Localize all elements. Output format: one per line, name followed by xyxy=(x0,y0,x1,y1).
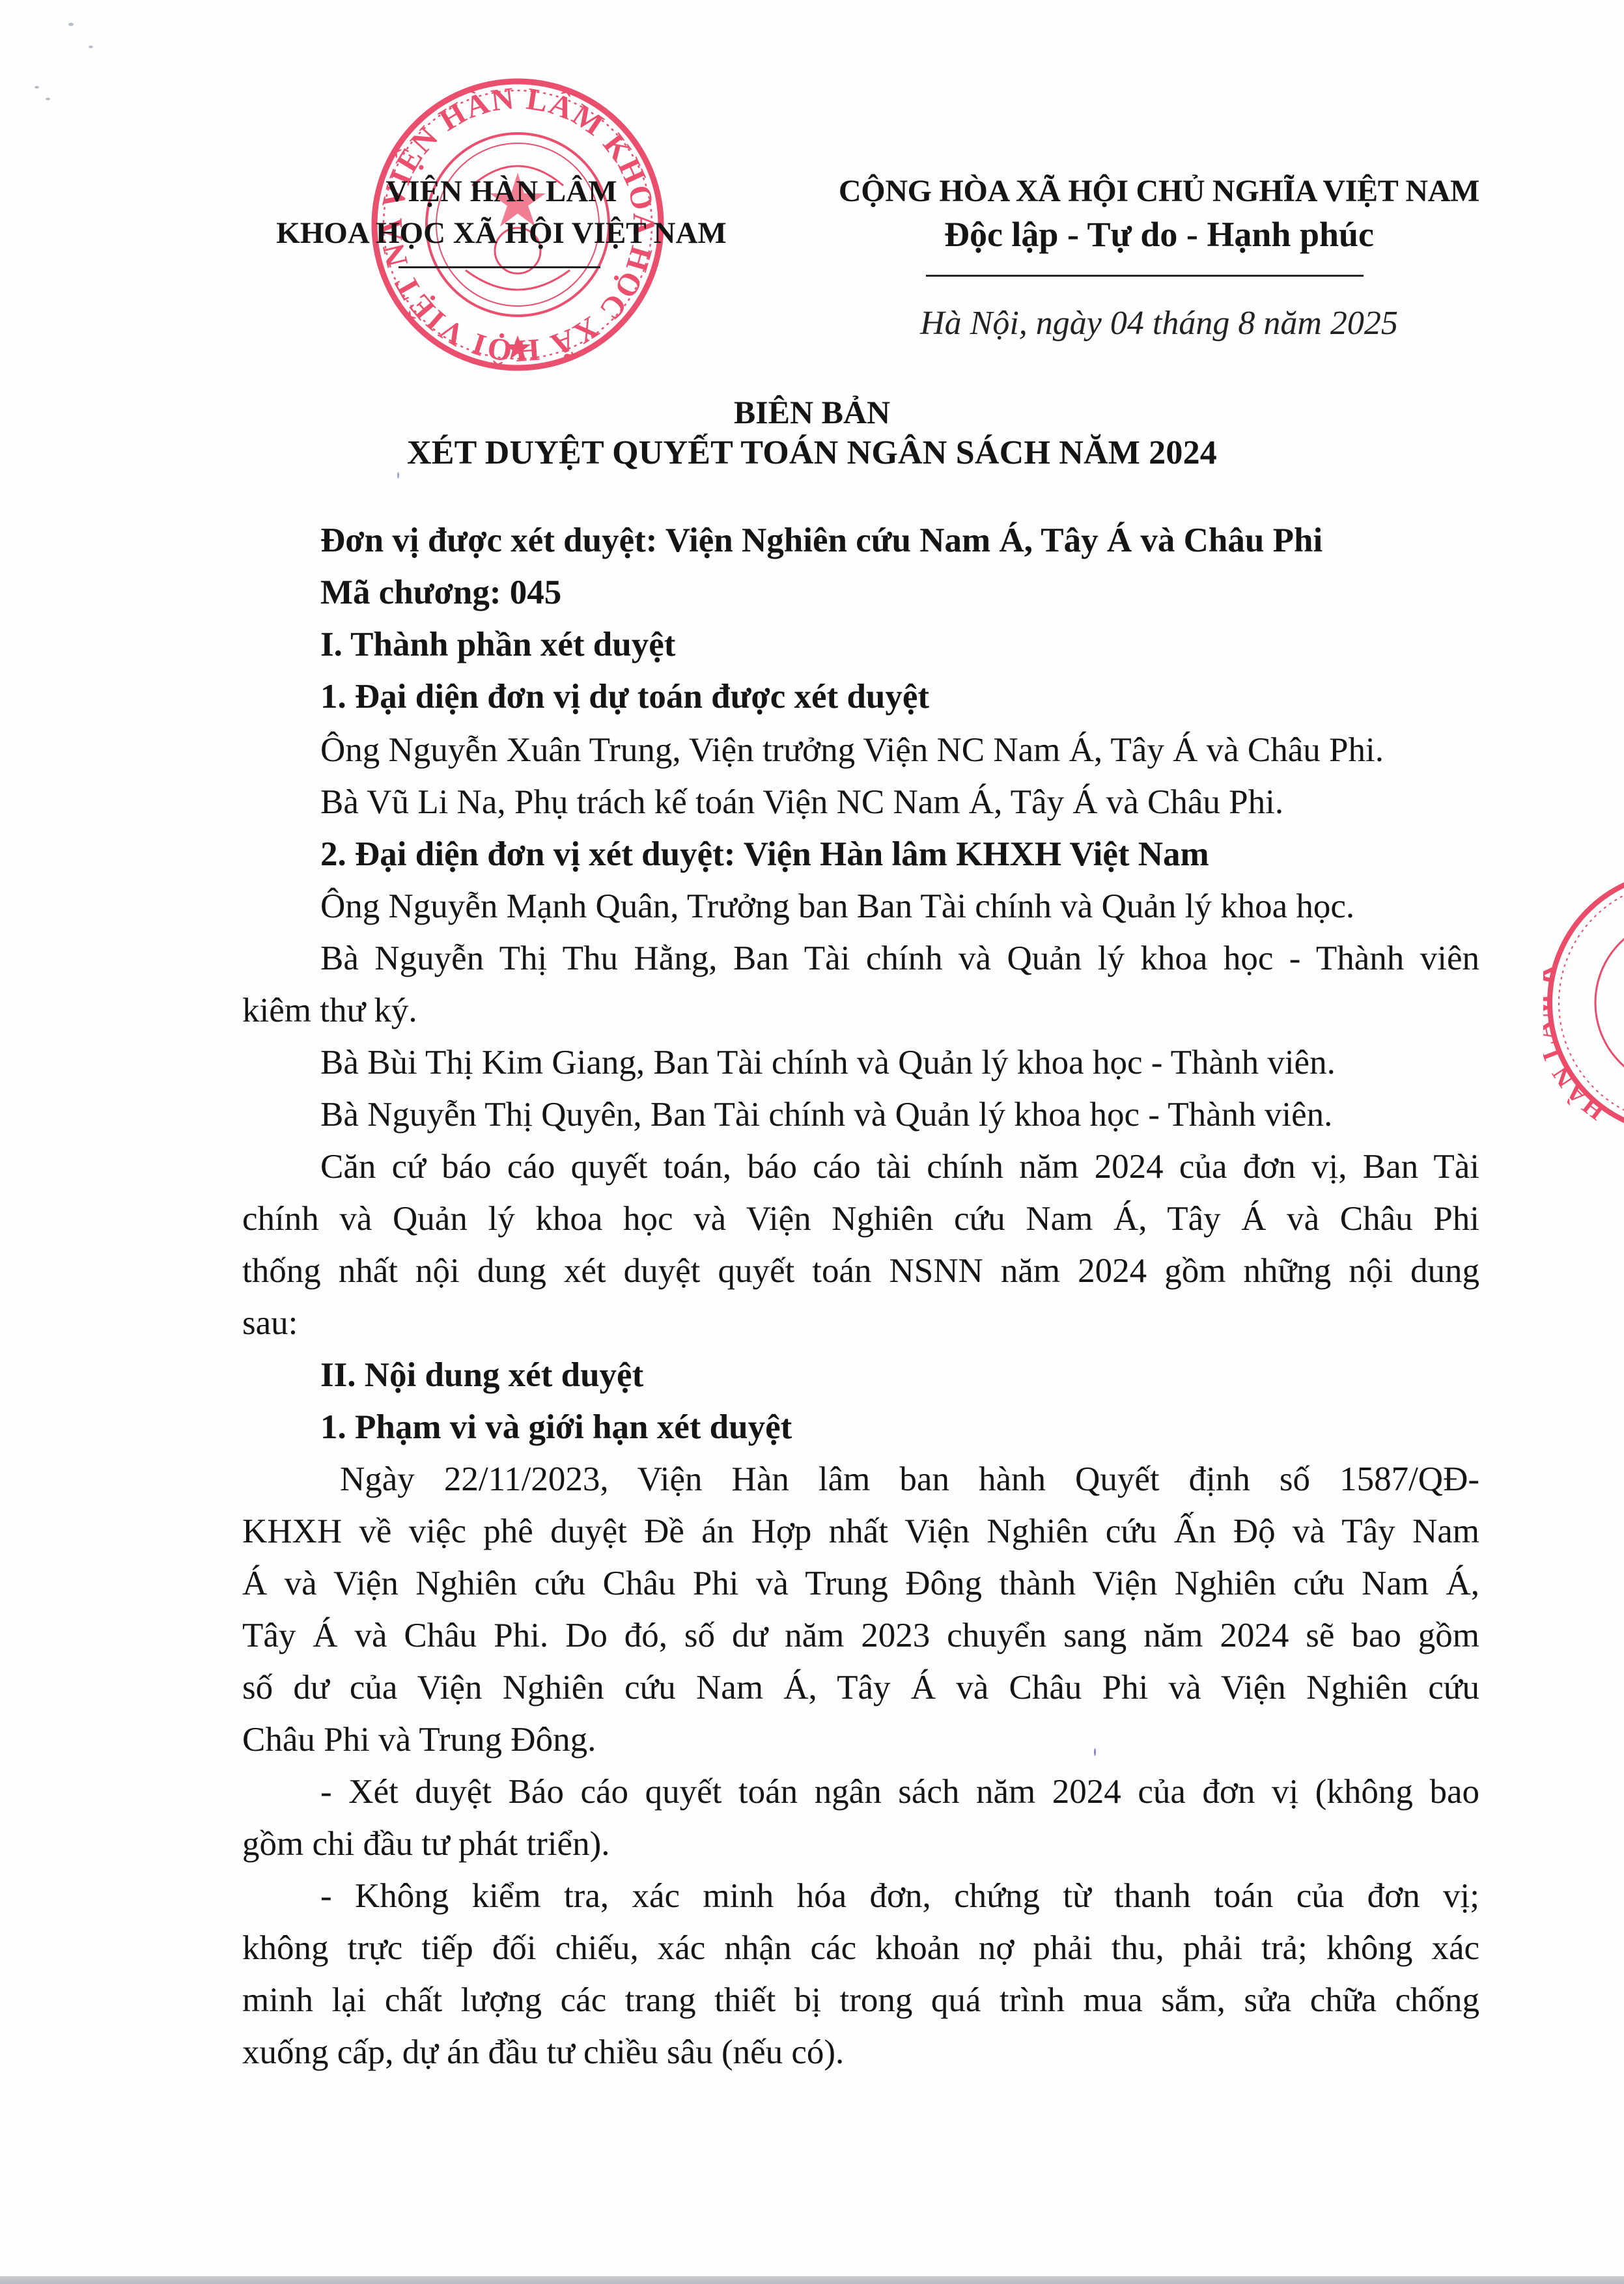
member-line: Bà Bùi Thị Kim Giang, Ban Tài chính và Q… xyxy=(320,1037,1336,1089)
member-line: Ông Nguyễn Xuân Trung, Viện trưởng Viện … xyxy=(320,724,1384,777)
svg-text:HÀN LÂM K: HÀN LÂM K xyxy=(1543,958,1610,1126)
section-1-heading: I. Thành phần xét duyệt xyxy=(320,619,675,671)
scan-speck xyxy=(35,86,39,89)
side-seal-text: HÀN LÂM K xyxy=(1543,958,1610,1126)
member-line: Bà Vũ Li Na, Phụ trách kế toán Viện NC N… xyxy=(320,776,1283,829)
reviewed-unit-line: Đơn vị được xét duyệt: Viện Nghiên cứu N… xyxy=(320,514,1323,567)
scan-bottom-edge xyxy=(0,2276,1624,2284)
pen-mark xyxy=(1094,1748,1096,1756)
scope-paragraph-line: Á và Viện Nghiên cứu Châu Phi và Trung Đ… xyxy=(242,1557,1479,1610)
national-header: CỘNG HÒA XÃ HỘI CHỦ NGHĨA VIỆT NAM Độc l… xyxy=(781,171,1537,257)
basis-paragraph-line: Căn cứ báo cáo quyết toán, báo cáo tài c… xyxy=(320,1141,1479,1193)
scope-bullet-line: xuống cấp, dự án đầu tư chiều sâu (nếu c… xyxy=(242,2026,844,2079)
section-1-2-heading: 2. Đại diện đơn vị xét duyệt: Viện Hàn l… xyxy=(320,828,1209,881)
organization-line-2: KHOA HỌC XÃ HỘI VIỆT NAM xyxy=(247,212,755,254)
section-2-heading: II. Nội dung xét duyệt xyxy=(320,1349,643,1402)
document-type-title: BIÊN BẢN xyxy=(0,391,1624,434)
organization-underline xyxy=(399,266,600,268)
scope-paragraph-line: Châu Phi và Trung Đông. xyxy=(242,1714,596,1766)
basis-paragraph-line: chính và Quản lý khoa học và Viện Nghiên… xyxy=(242,1193,1479,1246)
scan-speck xyxy=(68,23,74,26)
scope-paragraph-line: KHXH về việc phê duyệt Đề án Hợp nhất Vi… xyxy=(242,1505,1479,1558)
nation-name: CỘNG HÒA XÃ HỘI CHỦ NGHĨA VIỆT NAM xyxy=(781,171,1537,212)
national-motto: Độc lập - Tự do - Hạnh phúc xyxy=(781,212,1537,257)
section-1-1-heading: 1. Đại diện đơn vị dự toán được xét duyệ… xyxy=(320,671,929,723)
section-2-1-heading: 1. Phạm vi và giới hạn xét duyệt xyxy=(320,1401,792,1454)
document-subject-title: XÉT DUYỆT QUYẾT TOÁN NGÂN SÁCH NĂM 2024 xyxy=(0,431,1624,475)
document-body: Đơn vị được xét duyệt: Viện Nghiên cứu N… xyxy=(242,514,1479,2110)
scan-speck xyxy=(46,98,50,100)
scope-bullet-line: gồm chi đầu tư phát triển). xyxy=(242,1818,609,1871)
chapter-code: Mã chương: 045 xyxy=(320,566,561,619)
member-line: Bà Nguyễn Thị Thu Hằng, Ban Tài chính và… xyxy=(320,932,1479,985)
scope-paragraph-line: Tây Á và Châu Phi. Do đó, số dư năm 2023… xyxy=(242,1609,1479,1662)
issuing-organization: VIỆN HÀN LÂM KHOA HỌC XÃ HỘI VIỆT NAM xyxy=(247,171,755,254)
basis-paragraph-line: sau: xyxy=(242,1297,298,1350)
motto-underline xyxy=(926,275,1364,277)
scope-paragraph-line: số dư của Viện Nghiên cứu Nam Á, Tây Á v… xyxy=(242,1662,1479,1714)
organization-line-1: VIỆN HÀN LÂM xyxy=(247,171,755,212)
member-line: Ông Nguyễn Mạnh Quân, Trưởng ban Ban Tài… xyxy=(320,880,1354,933)
scope-bullet-line: - Xét duyệt Báo cáo quyết toán ngân sách… xyxy=(320,1766,1479,1818)
partial-seal-stamp-edge: HÀN LÂM K xyxy=(1543,853,1624,1139)
scope-bullet-line: không trực tiếp đối chiếu, xác nhận các … xyxy=(242,1922,1479,1975)
basis-paragraph-line: thống nhất nội dung xét duyệt quyết toán… xyxy=(242,1245,1479,1298)
scope-bullet-line: - Không kiểm tra, xác minh hóa đơn, chứn… xyxy=(320,1870,1479,1923)
scan-speck xyxy=(89,46,93,48)
member-line-continued: kiêm thư ký. xyxy=(242,984,417,1037)
scope-paragraph-line: Ngày 22/11/2023, Viện Hàn lâm ban hành Q… xyxy=(340,1453,1479,1506)
place-and-date: Hà Nội, ngày 04 tháng 8 năm 2025 xyxy=(781,301,1537,346)
scope-bullet-line: minh lại chất lượng các trang thiết bị t… xyxy=(242,1974,1479,2027)
member-line: Bà Nguyễn Thị Quyên, Ban Tài chính và Qu… xyxy=(320,1089,1332,1141)
